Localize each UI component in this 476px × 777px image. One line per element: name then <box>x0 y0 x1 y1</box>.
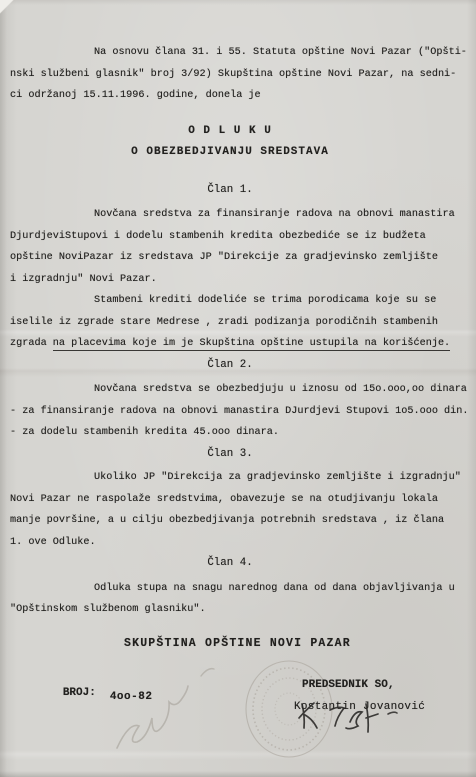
text-line: Na osnovu člana 31. i 55. Statuta opštin… <box>10 42 466 64</box>
text-line: nski službeni glasnik" broj 3/92) Skupšt… <box>10 64 466 86</box>
text-line: 1. ove Odluke. <box>10 532 466 554</box>
article-heading: Član 1. <box>10 180 466 202</box>
decree-subtitle: O OBEZBEDJIVANJU SREDSTAVA <box>10 142 466 164</box>
document-page: Na osnovu člana 31. i 55. Statuta opštin… <box>0 0 476 777</box>
article-paragraph: Ukoliko JP "Direkcija za gradjevinsko ze… <box>10 467 466 553</box>
text-line: Novčana sredstva za finansiranje radova … <box>10 204 466 226</box>
text-line: Novi Pazar ne raspolaže sredstvima, obav… <box>10 489 466 511</box>
underlined-text: na placevima koje im je Skupština opštin… <box>53 338 450 351</box>
decree-title: O D L U K U <box>10 121 466 143</box>
text-line: opštine NoviPazar iz sredstava JP "Direk… <box>10 247 466 269</box>
text-segment: zgrada <box>10 338 53 349</box>
intro-paragraph: Na osnovu člana 31. i 55. Statuta opštin… <box>10 42 466 107</box>
text-line: Stambeni krediti dodeliće se trima porod… <box>10 290 466 312</box>
text-line: DjurdjeviStupovi i dodelu stambenih kred… <box>10 226 466 248</box>
text-line: zgrada na placevima koje im je Skupština… <box>10 333 466 355</box>
text-line: ci održanoj 15.11.1996. godine, donela j… <box>10 85 466 107</box>
issuer-line: SKUPŠTINA OPŠTINE NOVI PAZAR <box>10 633 466 655</box>
text-line: - za dodelu stambenih kredita 45.ooo din… <box>10 422 466 444</box>
signature-block: PREDSEDNIK SO, Kostantin Jovanović <box>294 675 466 718</box>
text-line: i izgradnju" Novi Pazar. <box>10 269 466 291</box>
article-paragraph: Odluka stupa na snagu narednog dana od d… <box>10 578 466 621</box>
document-content: Na osnovu člana 31. i 55. Statuta opštin… <box>0 0 476 718</box>
text-line: - za finansiranje radova na obnovi manas… <box>10 401 466 423</box>
article-heading: Član 3. <box>10 444 466 466</box>
president-title: PREDSEDNIK SO, <box>294 675 466 697</box>
text-line: Odluka stupa na snagu narednog dana od d… <box>10 578 466 600</box>
text-line: Ukoliko JP "Direkcija za gradjevinsko ze… <box>10 467 466 489</box>
text-line: "Opštinskom službenom glasniku". <box>10 599 466 621</box>
text-line: Novčana sredstva se obezbedjuju u iznosu… <box>10 379 466 401</box>
text-line: iselile iz zgrade stare Medrese , zradi … <box>10 312 466 334</box>
article-paragraph: Stambeni krediti dodeliće se trima porod… <box>10 290 466 355</box>
article-paragraph: Novčana sredstva za finansiranje radova … <box>10 204 466 290</box>
article-heading: Član 4. <box>10 553 466 575</box>
article-paragraph: Novčana sredstva se obezbedjuju u iznosu… <box>10 379 466 444</box>
ref-number-value: 4oo-82 <box>110 691 153 703</box>
footer-row: BROJ:4oo-82 PREDSEDNIK SO, Kostantin Jov… <box>10 675 466 718</box>
reference-number: BROJ:4oo-82 <box>10 675 152 711</box>
ref-number-label: BROJ: <box>63 687 96 699</box>
text-line: manje površine, a u cilju obezbedjivanja… <box>10 510 466 532</box>
article-heading: Član 2. <box>10 355 466 377</box>
president-name: Kostantin Jovanović <box>294 697 466 719</box>
